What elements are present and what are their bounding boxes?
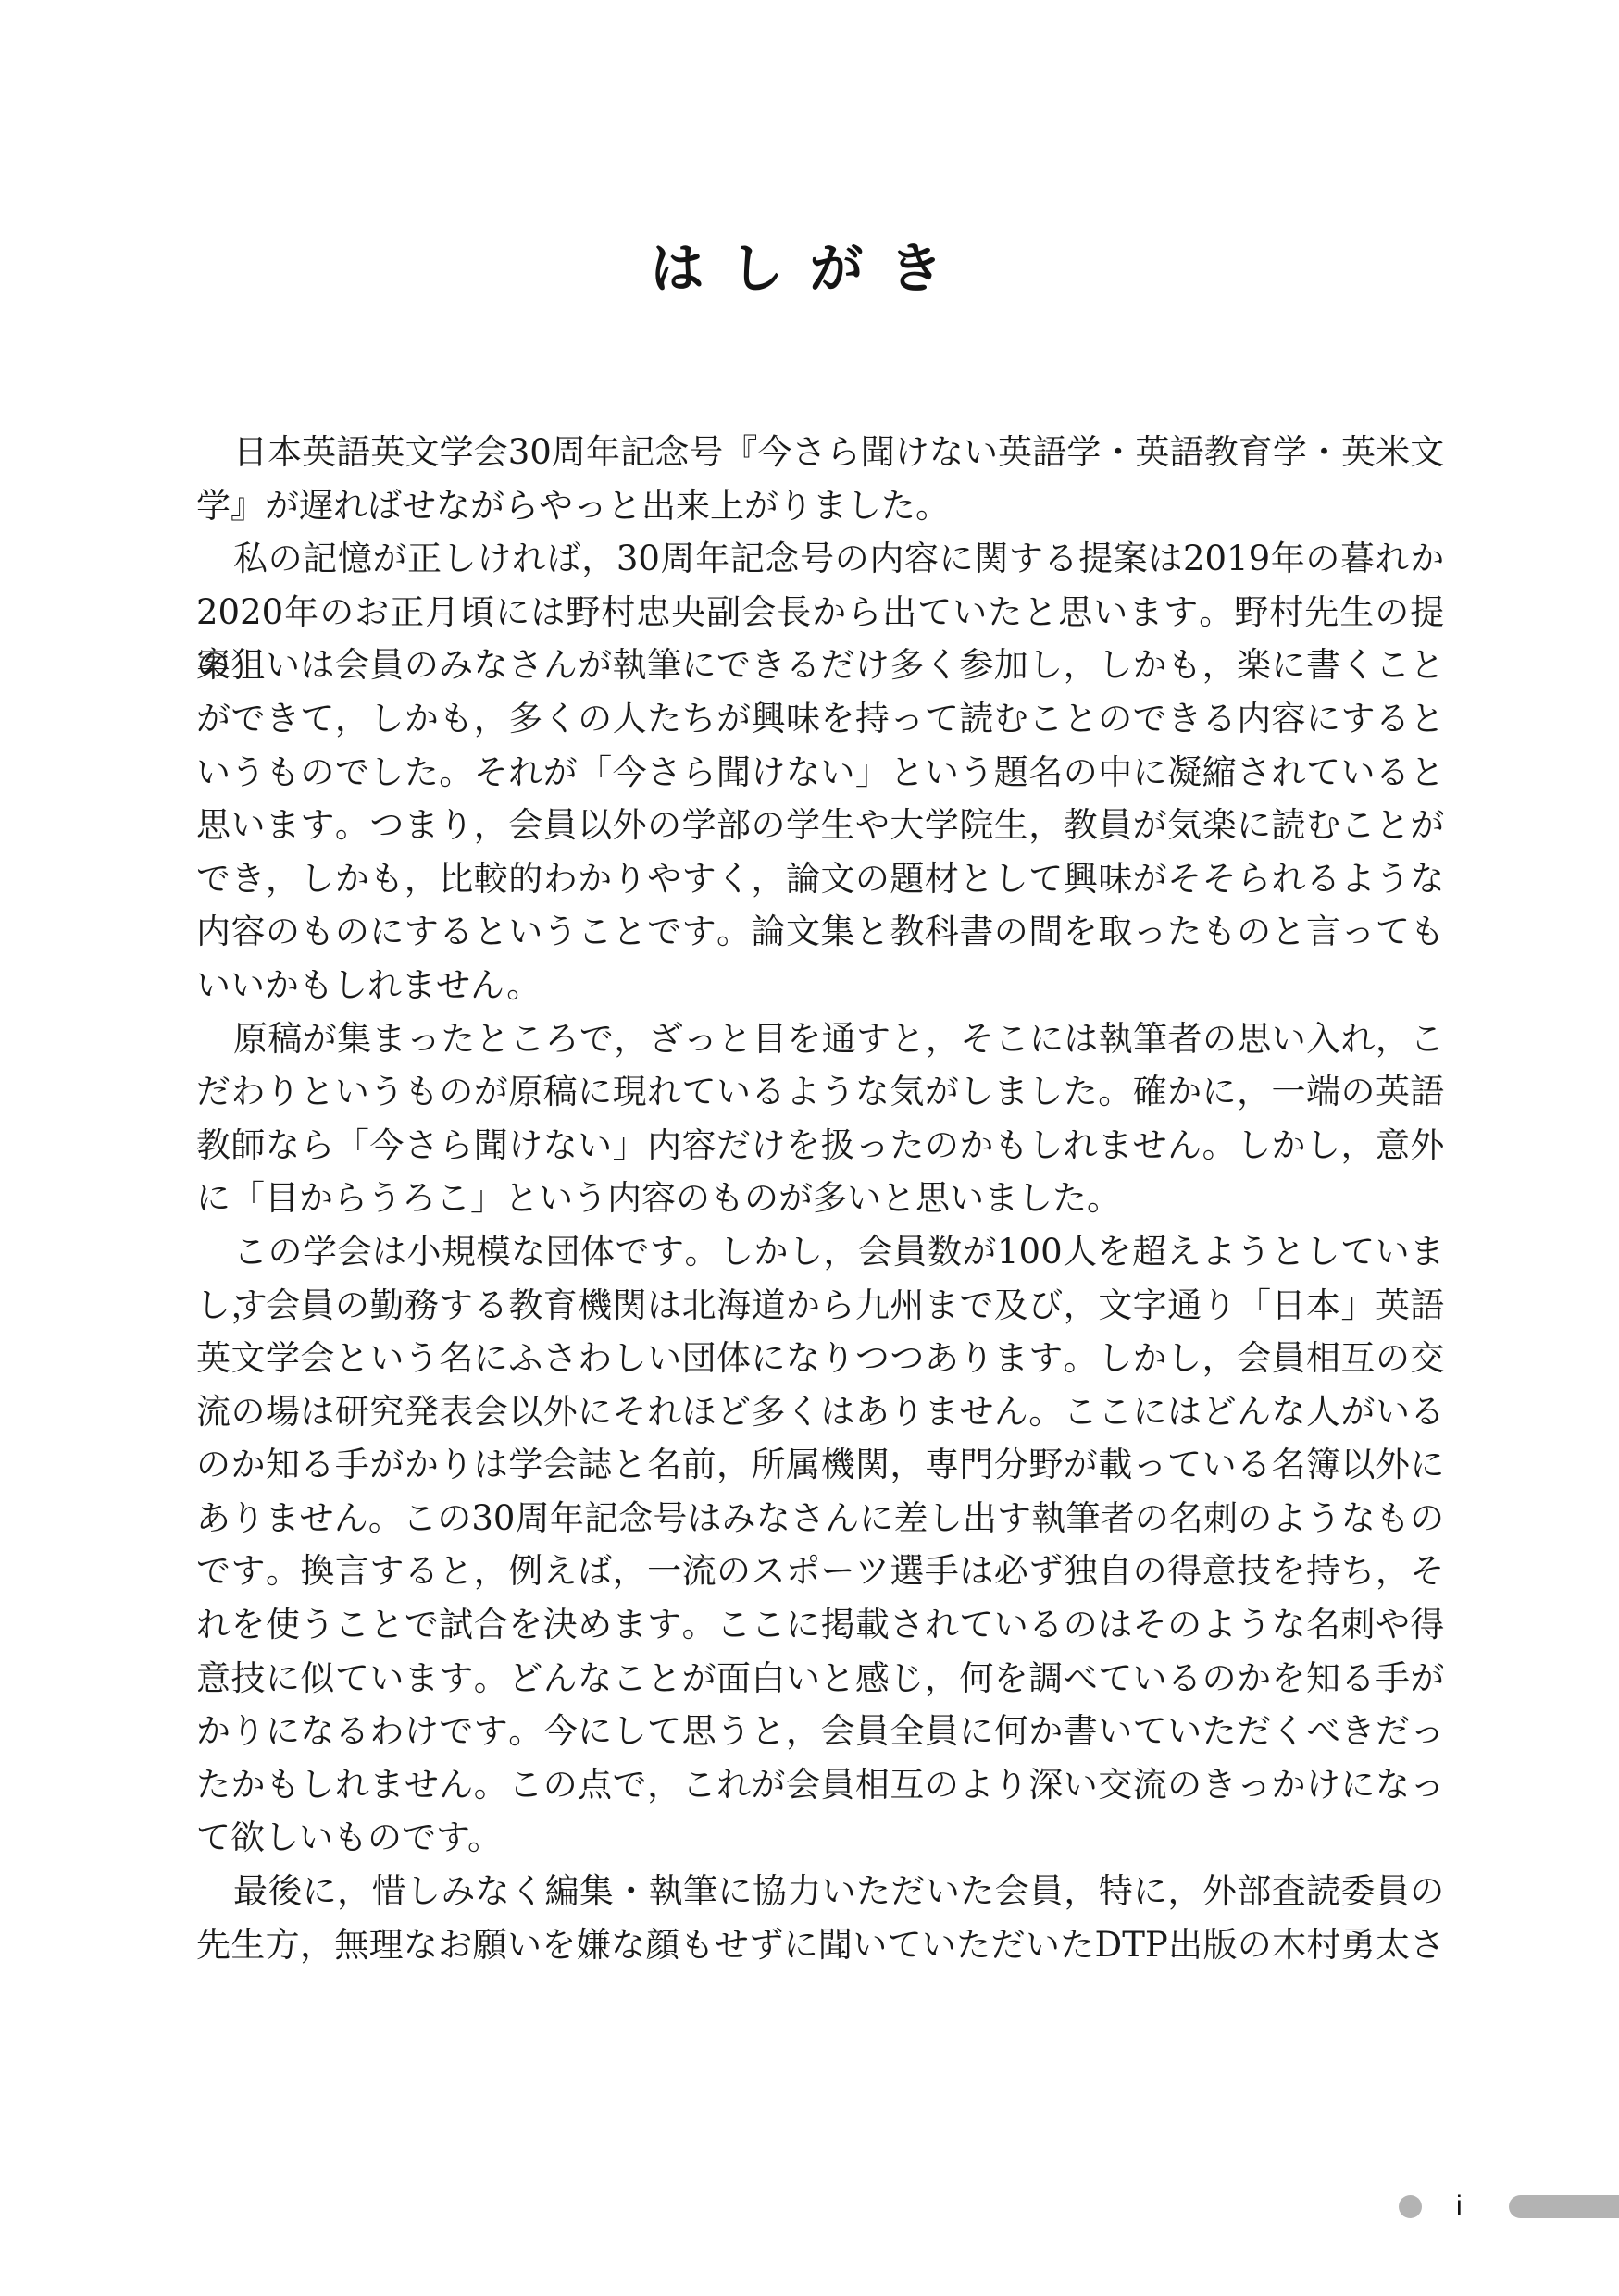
text-line: 2​0​2​0​年​の​お​正​月​頃​に​は​野​村​忠​央​副​会​長​か​… [196,586,1444,639]
text-line: 英​文​学​会​と​い​う​名​に​ふ​さ​わ​し​い​団​体​に​な​り​つ​… [196,1332,1444,1385]
page-number: i [1456,2188,1463,2225]
text-line: 最​後​に​，​惜​し​み​な​く​編​集​・​執​筆​に​協​力​い​た​だ​… [196,1865,1444,1918]
text-line: か​り​に​な​る​わ​け​で​す​。​今​に​し​て​思​う​と​，​会​員​… [196,1705,1444,1758]
text-line: だ​わ​り​と​い​う​も​の​が​原​稿​に​現​れ​て​い​る​よ​う​な​… [196,1065,1444,1119]
preface-body: 日​本​英​語​英​文​学​会​3​0​周​年​記​念​号​『​今​さ​ら​聞​… [196,426,1444,1971]
text-line: の​か​知​る​手​が​か​り​は​学​会​誌​と​名​前​，​所​属​機​関​… [196,1438,1444,1492]
text-line: れ​を​使​う​こ​と​で​試​合​を​決​め​ま​す​。​こ​こ​に​掲​載​… [196,1598,1444,1652]
text-line: に「目からうろこ」という内容のものが多いと思いました。 [196,1172,1444,1225]
text-line: 流​の​場​は​研​究​発​表​会​以​外​に​そ​れ​ほ​ど​多​く​は​あ​… [196,1385,1444,1439]
text-line: で​き​，​し​か​も​，​比​較​的​わ​か​り​や​す​く​，​論​文​の​… [196,852,1444,906]
page-title: はしがき [0,236,1619,301]
circle-marker-icon [1399,2195,1422,2218]
text-line: の​狙​い​は​会​員​の​み​な​さ​ん​が​執​筆​に​で​き​る​だ​け​… [196,639,1444,692]
text-line: 教​師​な​ら​「​今​さ​ら​聞​け​な​い​」​内​容​だ​け​を​扱​っ​… [196,1119,1444,1173]
text-line: し​，​会​員​の​勤​務​す​る​教​育​機​関​は​北​海​道​か​ら​九​… [196,1279,1444,1333]
text-line: で​す​。​換​言​す​る​と​，​例​え​ば​，​一​流​の​ス​ポ​ー​ツ​… [196,1545,1444,1598]
text-line: 学』が遅ればせながらやっと出来上がりました。 [196,479,1444,533]
text-line: て欲しいものです。 [196,1811,1444,1865]
text-line: 原​稿​が​集​ま​っ​た​と​こ​ろ​で​，​ざ​っ​と​目​を​通​す​と​… [196,1012,1444,1066]
text-line: こ​の​学​会​は​小​規​模​な​団​体​で​す​。​し​か​し​，​会​員​… [196,1225,1444,1279]
page-footer: i [0,2188,1619,2225]
text-line: た​か​も​し​れ​ま​せ​ん​。​こ​の​点​で​，​こ​れ​が​会​員​相​… [196,1758,1444,1812]
document-page: はしがき 日​本​英​語​英​文​学​会​3​0​周​年​記​念​号​『​今​さ… [0,0,1619,2296]
text-line: 日​本​英​語​英​文​学​会​3​0​周​年​記​念​号​『​今​さ​ら​聞​… [196,426,1444,479]
text-line: 意​技​に​似​て​い​ま​す​。​ど​ん​な​こ​と​が​面​白​い​と​感​… [196,1652,1444,1706]
text-line: 内​容​の​も​の​に​す​る​と​い​う​こ​と​で​す​。​論​文​集​と​… [196,905,1444,959]
text-line: いいかもしれません。 [196,959,1444,1012]
text-line: 思​い​ま​す​。​つ​ま​り​，​会​員​以​外​の​学​部​の​学​生​や​… [196,799,1444,852]
text-line: あ​り​ま​せ​ん​。​こ​の​3​0​周​年​記​念​号​は​み​な​さ​ん​… [196,1492,1444,1545]
thumb-tab-bar [1509,2195,1619,2218]
text-line: が​で​き​て​，​し​か​も​，​多​く​の​人​た​ち​が​興​味​を​持​… [196,692,1444,746]
text-line: 私​の​記​憶​が​正​し​け​れ​ば​，​3​0​周​年​記​念​号​の​内​… [196,532,1444,586]
text-line: い​う​も​の​で​し​た​。​そ​れ​が​「​今​さ​ら​聞​け​な​い​」​… [196,746,1444,800]
text-line: 先​生​方​，​無​理​な​お​願​い​を​嫌​な​顔​も​せ​ず​に​聞​い​… [196,1918,1444,1972]
